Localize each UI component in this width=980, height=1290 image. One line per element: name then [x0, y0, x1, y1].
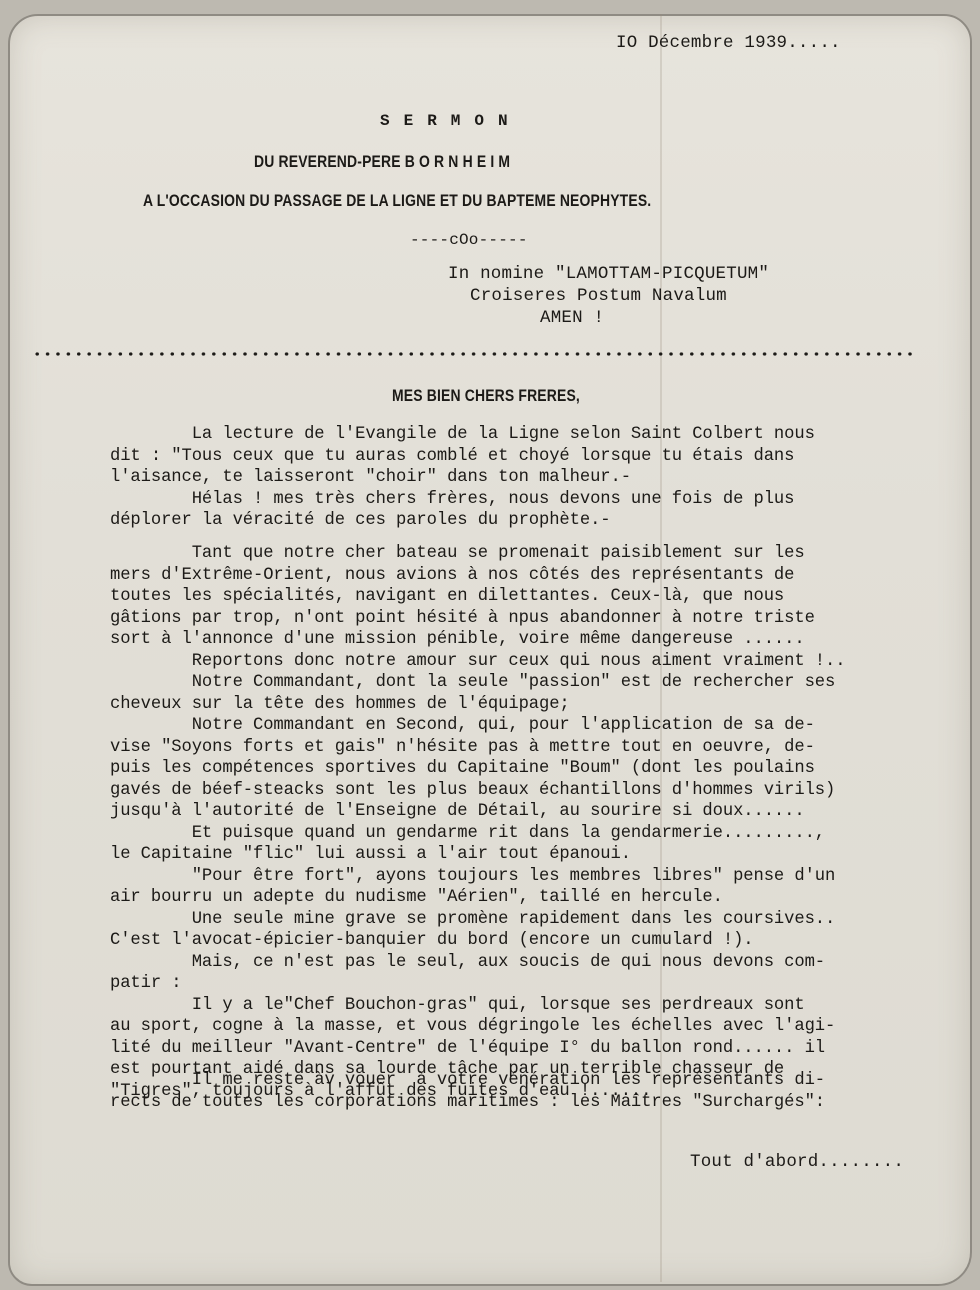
text-line: Il me reste àv vouer à votre vénération …: [110, 1070, 930, 1092]
text-line: vise "Soyons forts et gais" n'hésite pas…: [110, 737, 930, 759]
paragraph-crew: Tant que notre cher bateau se promenait …: [110, 543, 930, 1102]
text-line: lité du meilleur "Avant-Centre" de l'équ…: [110, 1038, 930, 1060]
document-title: SERMON: [380, 112, 522, 130]
text-line: puis les compétences sportives du Capita…: [110, 758, 930, 780]
text-line: jusqu'à l'autorité de l'Enseigne de Déta…: [110, 801, 930, 823]
paragraph-masters: Il me reste àv vouer à votre vénération …: [110, 1070, 930, 1113]
text-line: Mais, ce n'est pas le seul, aux soucis d…: [110, 952, 930, 974]
text-line: "Pour être fort", ayons toujours les mem…: [110, 866, 930, 888]
text-line: gâtions par trop, n'ont point hésité à n…: [110, 608, 930, 630]
text-line: dit : "Tous ceux que tu auras comblé et …: [110, 446, 930, 468]
text-line: C'est l'avocat-épicier-banquier du bord …: [110, 930, 930, 952]
invocation-line: In nomine "LAMOTTAM-PICQUETUM": [448, 264, 769, 284]
text-line: toutes les spécialités, navigant en dile…: [110, 586, 930, 608]
text-line: La lecture de l'Evangile de la Ligne sel…: [110, 424, 930, 446]
text-line: cheveux sur la tête des hommes de l'équi…: [110, 694, 930, 716]
text-line: patir :: [110, 973, 930, 995]
invocation-line: AMEN !: [540, 308, 604, 328]
text-line: l'aisance, te laisseront "choir" dans to…: [110, 467, 930, 489]
text-line: au sport, cogne à la masse, et vous dégr…: [110, 1016, 930, 1038]
closing-line: Tout d'abord........: [690, 1152, 904, 1172]
dotted-separator: [32, 352, 912, 356]
greeting: MES BIEN CHERS FRERES,: [392, 386, 580, 406]
document-date: IO Décembre 1939.....: [616, 33, 841, 53]
text-line: air bourru un adepte du nudisme "Aérien"…: [110, 887, 930, 909]
text-line: gavés de béef-steacks sont les plus beau…: [110, 780, 930, 802]
text-line: Notre Commandant en Second, qui, pour l'…: [110, 715, 930, 737]
invocation-line: Croiseres Postum Navalum: [470, 286, 727, 306]
ornament-divider: ----cOo-----: [410, 231, 528, 249]
text-line: le Capitaine "flic" lui aussi a l'air to…: [110, 844, 930, 866]
text-line: mers d'Extrême-Orient, nous avions à nos…: [110, 565, 930, 587]
text-line: déplorer la véracité de ces paroles du p…: [110, 510, 930, 532]
text-line: Hélas ! mes très chers frères, nous devo…: [110, 489, 930, 511]
subtitle-occasion: A L'OCCASION DU PASSAGE DE LA LIGNE ET D…: [143, 191, 651, 211]
text-line: rects de toutes les corporations maritim…: [110, 1092, 930, 1114]
text-line: sort à l'annonce d'une mission pénible, …: [110, 629, 930, 651]
text-line: Il y a le"Chef Bouchon-gras" qui, lorsqu…: [110, 995, 930, 1017]
paragraph-gospel: La lecture de l'Evangile de la Ligne sel…: [110, 424, 930, 532]
text-line: Et puisque quand un gendarme rit dans la…: [110, 823, 930, 845]
subtitle-author: DU REVEREND-PERE B O R N H E I M: [254, 152, 510, 172]
text-line: Reportons donc notre amour sur ceux qui …: [110, 651, 930, 673]
text-line: Tant que notre cher bateau se promenait …: [110, 543, 930, 565]
text-line: Une seule mine grave se promène rapideme…: [110, 909, 930, 931]
text-line: Notre Commandant, dont la seule "passion…: [110, 672, 930, 694]
